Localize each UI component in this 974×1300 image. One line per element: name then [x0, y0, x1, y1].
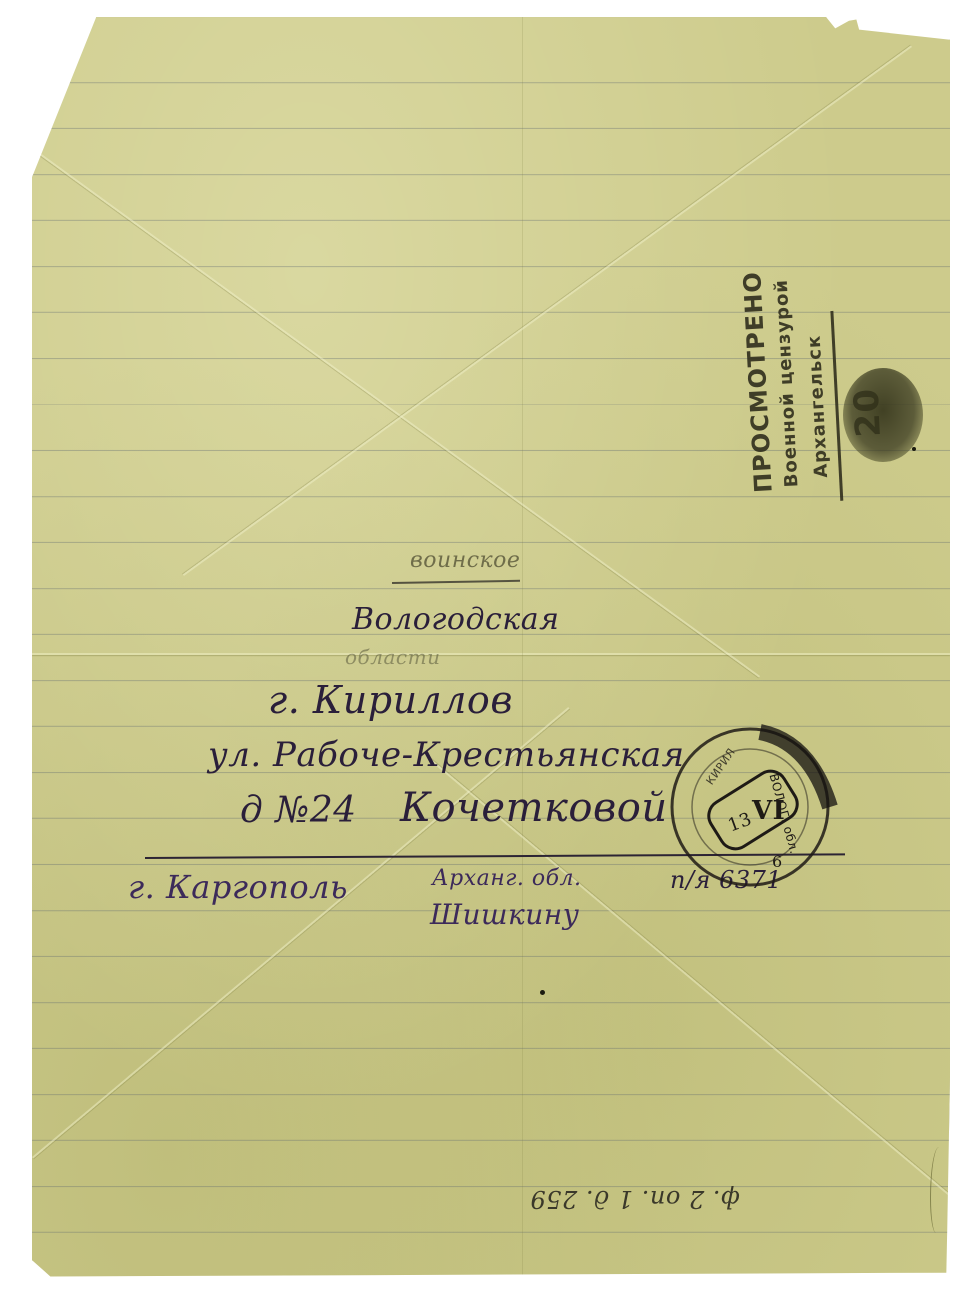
- postmark-rings: [660, 712, 840, 892]
- censor-stamp-rule: [830, 311, 843, 501]
- postmark: 13 VI 6 ВОЛОГ. обл. КИРИЛ: [660, 712, 840, 892]
- address-house: д №24: [240, 790, 357, 831]
- vertical-fold: [522, 17, 523, 1279]
- address-region-suffix: области: [345, 645, 440, 669]
- sender-region: Арханг. обл.: [432, 866, 582, 891]
- postmark-digit: 6: [772, 852, 783, 871]
- address-recipient: Кочетковой: [400, 785, 668, 831]
- ink-blot: [843, 368, 923, 462]
- ruled-lines: [32, 17, 950, 1279]
- sender-name: Шишкину: [430, 898, 579, 931]
- address-street: ул. Рабоче-Крестьянская: [208, 735, 685, 775]
- horizontal-fold: [32, 653, 950, 655]
- letter-sheet: [32, 17, 950, 1279]
- ink-spot: [540, 990, 545, 995]
- address-region: Вологодская: [352, 602, 559, 637]
- censor-stamp-line3: Архангельск: [804, 334, 832, 478]
- archive-note: ф. 2 оп. 1 д. 259: [530, 1185, 740, 1213]
- address-city: г. Кириллов: [268, 678, 513, 722]
- sender-city: г. Каргополь: [128, 868, 348, 906]
- annotation-voinskoe: воинское: [410, 548, 520, 573]
- pencil-bracket: [930, 1147, 945, 1233]
- ink-spot: [912, 447, 916, 451]
